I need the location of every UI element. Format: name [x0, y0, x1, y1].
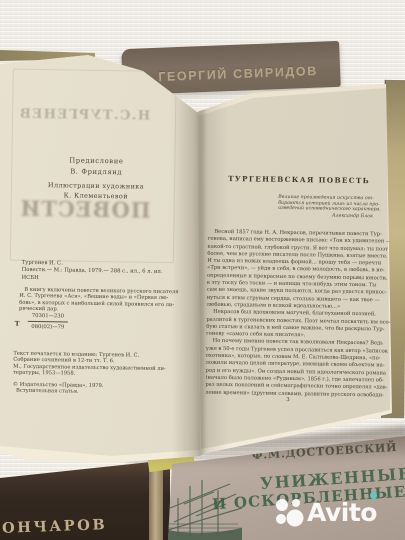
epigraph-text: Великие произведения искусства от- бираю… [278, 195, 381, 214]
essay-body: Весной 1857 года Н. А. Некрасов, перечит… [205, 229, 392, 400]
book-listing-photo: ГЕОРГИЙ СВИРИДОВ ОНЧАРОВ Ф.М.ДОСТОЕВСКИЙ… [0, 0, 405, 540]
essay-paragraph-2: Некрасов был вдохновлен могучей, благоух… [206, 309, 391, 341]
epigraph-author: Александр Блок [301, 213, 373, 219]
bottom-left-book-title: ОНЧАРОВ [2, 516, 108, 537]
ship-etching-illustration [168, 478, 276, 540]
avito-watermark: Avito [274, 488, 405, 536]
avito-accent-dot [370, 492, 377, 499]
essay-heading: ТУРГЕНЕВСКАЯ ПОВЕСТЬ [212, 174, 387, 186]
essay-paragraph-1: Весной 1857 года Н. А. Некрасов, перечит… [207, 229, 392, 312]
avito-logo-icon [274, 497, 304, 527]
avito-wordmark: Avito [307, 498, 377, 527]
background-book-title: ГЕОРГИЙ СВИРИДОВ [158, 63, 338, 84]
page-number: 3 [286, 397, 290, 403]
essay-paragraph-3: Но почему именно повести так взволновали… [205, 338, 390, 399]
